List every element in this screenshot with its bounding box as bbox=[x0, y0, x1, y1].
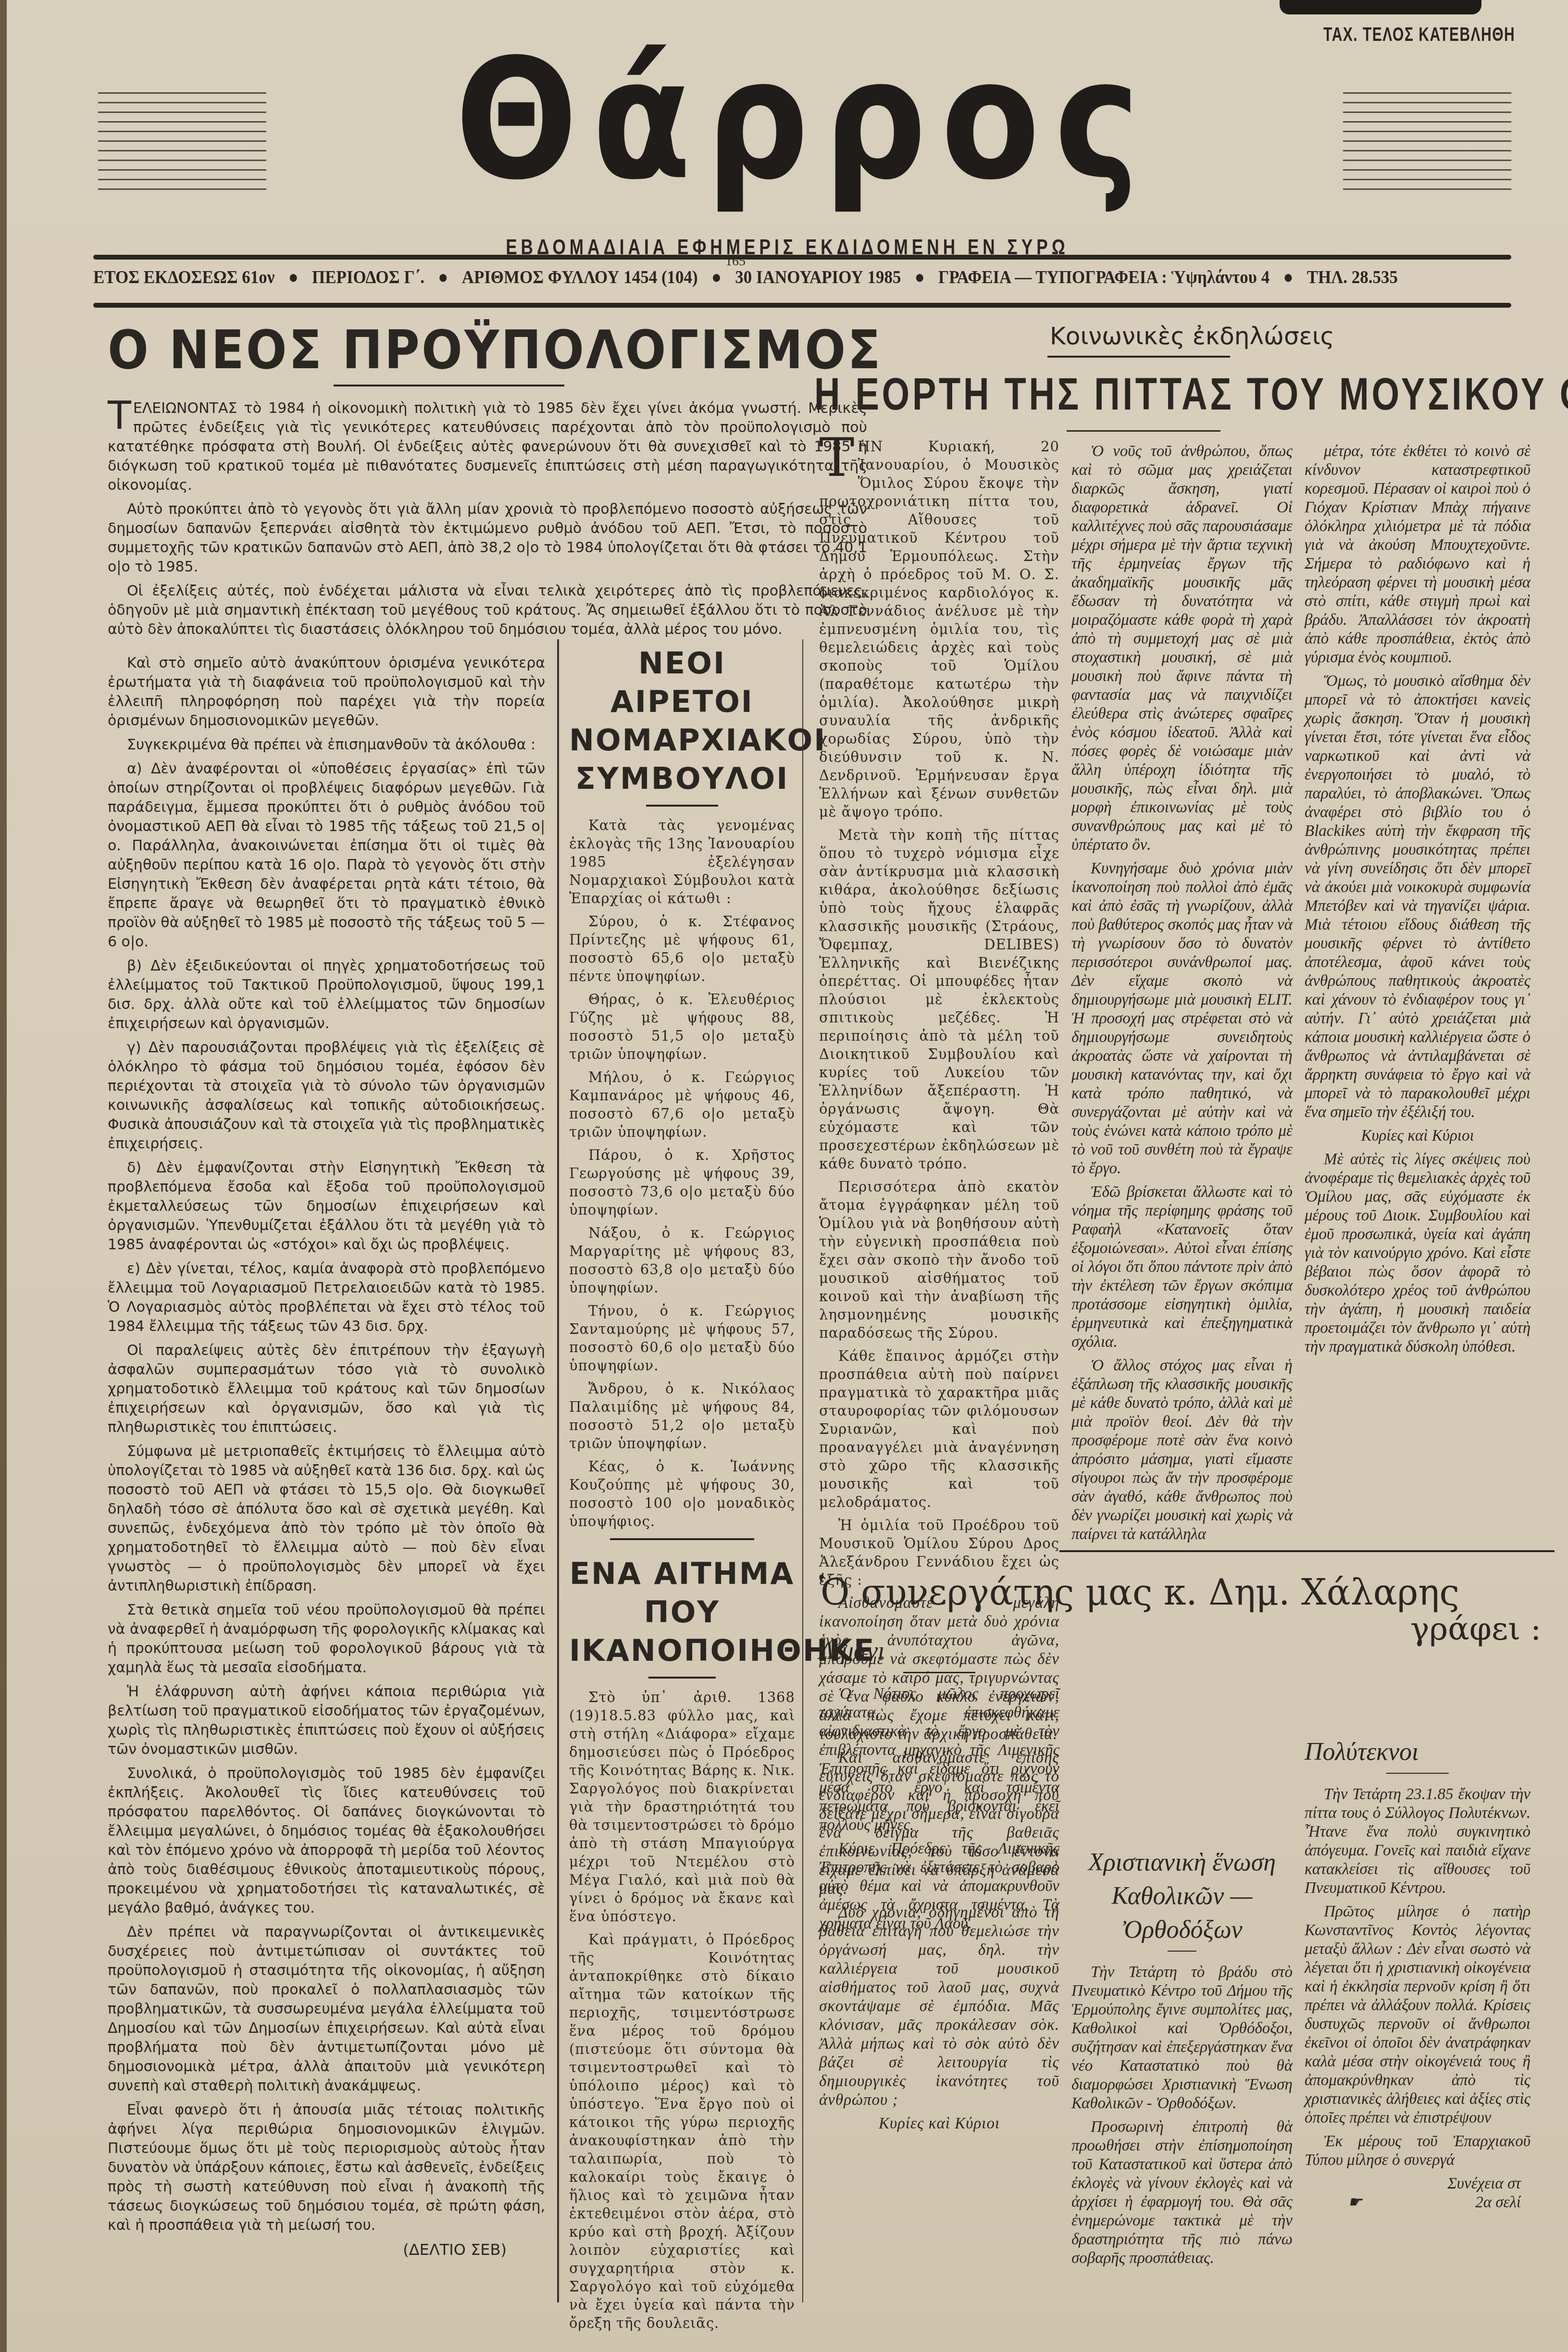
councillors-headline: ΝΕΟΙ ΑΙΡΕΤΟΙ ΝΟΜΑΡΧΙΑΚΟΙ ΣΥΜΒΟΥΛΟΙ bbox=[569, 644, 795, 798]
pointing-hand-icon: ☛ bbox=[1348, 2193, 1362, 2212]
collaborator-column-1: Λιμάνι Ὁ Νότιος μῶλος προχωρεῖ ταχύτατα,… bbox=[819, 1634, 1059, 1938]
collaborator-column-3: Πολύτεκνοι Τὴν Τετάρτη 23.1.85 ἔκοψαν τὴ… bbox=[1305, 1639, 1531, 2212]
masthead-rule-top bbox=[93, 255, 1511, 260]
issue-info-bar: ΕΤΟΣ ΕΚΔΟΣΕΩΣ 61ον● ΠΕΡΙΟΔΟΣ Γ΄.● ΑΡΙΘΜΟ… bbox=[93, 267, 1398, 288]
masthead: Θάρρος bbox=[93, 53, 1516, 187]
issue-year: ΕΤΟΣ ΕΚΔΟΣΕΩΣ 61ον bbox=[93, 267, 274, 288]
result-paragraph: Μήλου, ὁ κ. Γεώργιος Καμπανάρος μὲ ψήφου… bbox=[569, 1068, 795, 1141]
drop-cap: Τ bbox=[108, 399, 131, 433]
wave-ornament-right-icon bbox=[1343, 84, 1511, 195]
councillors-intro: Κατὰ τὰς γενομένας ἐκλογὰς τῆς 13ης Ἰανο… bbox=[569, 816, 795, 908]
request-article: ΕΝΑ ΑΙΤΗΜΑ ΠΟΥ ΙΚΑΝΟΠΟΙΗΘΗΚΕ Στὸ ὑπ᾽ ἀρι… bbox=[569, 1538, 795, 2337]
page-binding-edge bbox=[0, 0, 7, 2352]
headline-underline bbox=[334, 385, 564, 386]
column-divider bbox=[802, 639, 803, 2302]
issue-date: 30 ΙΑΝΟΥΑΡΙΟΥ 1985 bbox=[735, 267, 901, 288]
newspaper-title: Θάρρος bbox=[93, 37, 1516, 203]
result-paragraph: Νάξου, ὁ κ. Γεώργιος Μαργαρίτης μὲ ψήφου… bbox=[569, 1224, 795, 1297]
budget-lead: ΤΕΛΕΙΩΝΟΝΤΑΣ τὸ 1984 ἡ οἰκονομικὴ πολιτι… bbox=[108, 399, 867, 644]
result-paragraph: Πάρου, ὁ κ. Χρῆστος Γεωργούσης μὲ ψήφους… bbox=[569, 1146, 795, 1219]
music-headline: Η ΕΟΡΤΗ ΤΗΣ ΠΙΤΤΑΣ ΤΟΥ ΜΟΥΣΙΚΟΥ ΟΜΙΛΟΥ bbox=[814, 368, 1527, 421]
subsection-underline bbox=[1168, 1951, 1196, 1952]
budget-headline: Ο ΝΕΟΣ ΠΡΟΫΠΟΛΟΓΙΣΜΟΣ bbox=[108, 319, 752, 381]
issue-number: ΑΡΙΘΜΟΣ ΦΥΛΛΟΥ 1454 (104) bbox=[462, 267, 698, 288]
result-paragraph: Τήνου, ὁ κ. Γεώργιος Σανταμούρης μὲ ψήφο… bbox=[569, 1302, 795, 1375]
collaborator-column-2: Χριστιανικὴ ἕνωση Καθολικῶν — Ὀρθοδόξων … bbox=[1071, 1634, 1293, 2273]
section-kicker: Κοινωνικὲς ἐκδηλώσεις bbox=[1050, 322, 1334, 350]
councillors-article: ΝΕΟΙ ΑΙΡΕΤΟΙ ΝΟΜΑΡΧΙΑΚΟΙ ΣΥΜΒΟΥΛΟΙ Κατὰ … bbox=[569, 644, 795, 1535]
continued-note: Συνέχεια στ bbox=[1305, 2175, 1521, 2193]
newspaper-page: ΤΑΧ. ΤΕΛΟΣ ΚΑΤΕΒΛΗΘΗ Θάρρος ΕΒΔΟΜΑΔΙΑΙΑ … bbox=[7, 0, 1568, 2352]
subsection-title: Χριστιανικὴ ἕνωση Καθολικῶν — Ὀρθοδόξων bbox=[1071, 1846, 1293, 1947]
headline-underline bbox=[648, 1677, 716, 1679]
continued-page: 2α σελί bbox=[1475, 2193, 1521, 2212]
issue-phone: ΤΗΛ. 28.535 bbox=[1307, 267, 1398, 288]
result-paragraph: Θήρας, ὁ κ. Ἐλευθέριος Γύζης μὲ ψήφους 8… bbox=[569, 990, 795, 1063]
result-paragraph: Κέας, ὁ κ. Ἰωάννης Κουζούπης μὲ ψήφους 3… bbox=[569, 1457, 795, 1531]
music-column-2: Ὁ νοῦς τοῦ ἀνθρώπου, ὅπως καὶ τὸ σῶμα μα… bbox=[1071, 442, 1293, 1549]
kicker-underline bbox=[1047, 356, 1230, 358]
headline-underline bbox=[1067, 430, 1220, 432]
section-divider bbox=[1059, 1550, 1555, 1552]
column-divider bbox=[557, 639, 559, 2302]
headline-underline bbox=[646, 805, 718, 807]
subsection-title: Πολύτεκνοι bbox=[1305, 1735, 1531, 1769]
collaborator-headline: Ὁ συνεργάτης μας κ. Δημ. Χάλαρης bbox=[819, 1572, 1459, 1613]
drop-cap: Τ bbox=[819, 437, 855, 478]
masthead-rule-bottom bbox=[93, 303, 1511, 308]
postage-stamp-block bbox=[1280, 0, 1481, 14]
request-headline: ΕΝΑ ΑΙΤΗΜΑ ΠΟΥ ΙΚΑΝΟΠΟΙΗΘΗΚΕ bbox=[569, 1555, 795, 1670]
article-source: (ΔΕΛΤΙΟ ΣΕΒ) bbox=[108, 2240, 507, 2259]
issue-offices: ΓΡΑΦΕΙΑ — ΤΥΠΟΓΡΑΦΕΙΑ : Ὑψηλάντου 4 bbox=[938, 267, 1269, 288]
music-column-3: μέτρα, τότε ἐκθέτει τὸ κοινὸ σὲ κίνδυνον… bbox=[1305, 442, 1531, 1361]
section-divider bbox=[610, 1538, 754, 1540]
result-paragraph: Ἄνδρου, ὁ κ. Νικόλαος Παλαιμίδης μὲ ψήφο… bbox=[569, 1380, 795, 1453]
subsection-underline bbox=[903, 1672, 975, 1673]
result-paragraph: Σύρου, ὁ κ. Στέφανος Πρίντεζης μὲ ψήφους… bbox=[569, 912, 795, 985]
budget-body-column: Καὶ στὸ σημεῖο αὐτὸ ἀνακύπτουν ὁρισμένα … bbox=[108, 654, 545, 2259]
subsection-underline bbox=[1386, 1773, 1449, 1774]
subsection-title: Λιμάνι bbox=[819, 1634, 1059, 1668]
issue-period: ΠΕΡΙΟΔΟΣ Γ΄. bbox=[312, 267, 424, 288]
